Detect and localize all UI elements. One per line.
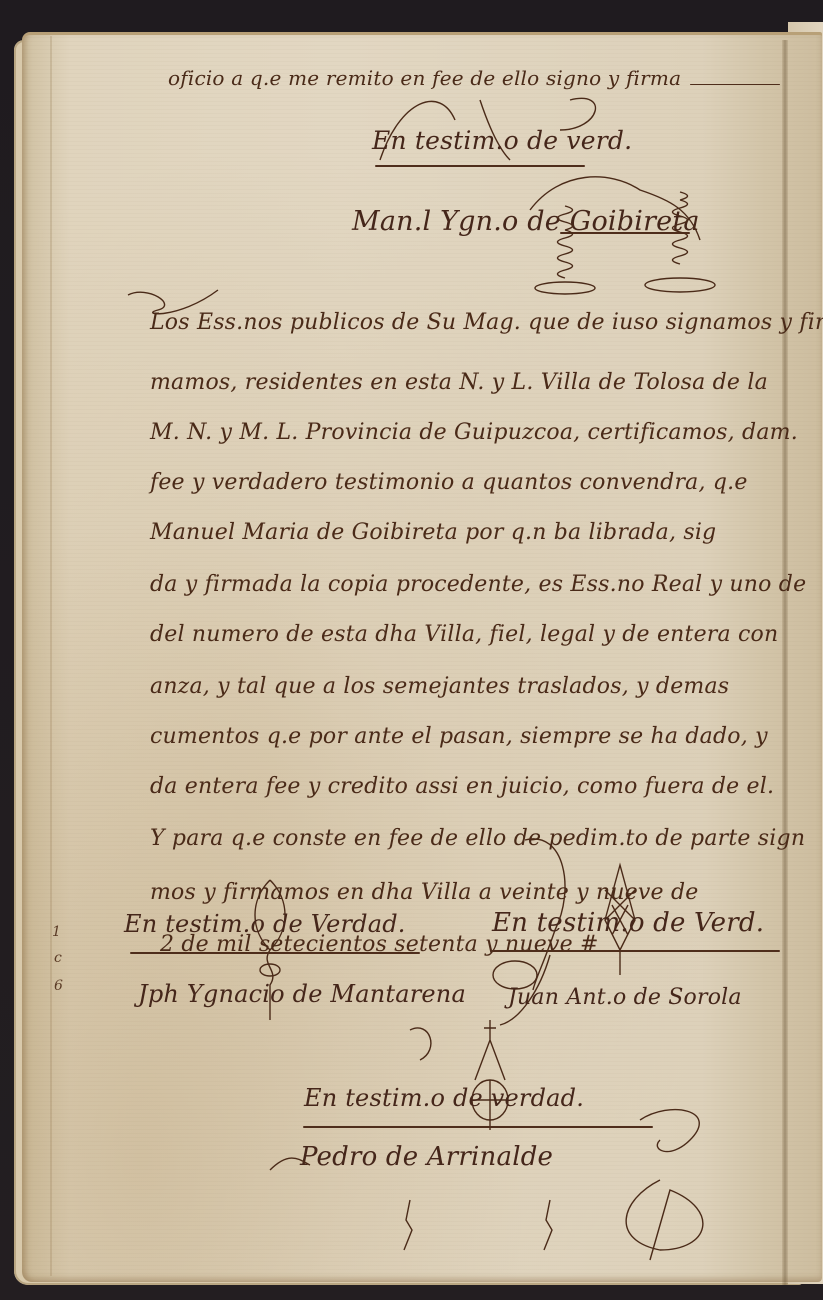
body-line-1: Los Ess.nos publicos de Su Mag. que de i…: [150, 310, 823, 335]
body-line-9: cumentos q.e por ante el pasan, siempre …: [150, 724, 768, 749]
body-line-8: anza, y tal que a los semejantes traslad…: [150, 674, 729, 699]
header-underline: [690, 84, 780, 85]
body-line-5: Manuel Maria de Goibireta por q.n ba lib…: [150, 520, 716, 545]
top-signature-paraph: [520, 170, 720, 300]
body-line-4: fee y verdadero testimonio a quantos con…: [150, 470, 748, 495]
body-line-11: Y para q.e conste en fee de ello de pedi…: [150, 826, 805, 851]
right-signature-name: Juan Ant.o de Sorola: [508, 985, 742, 1010]
body-line-7: del numero de esta dha Villa, fiel, lega…: [150, 622, 778, 647]
body-line-6: da y firmada la copia procedente, es Ess…: [150, 572, 806, 597]
margin-fold-line: [50, 36, 52, 1276]
top-rubric-underline: [375, 165, 585, 167]
body-line-2: mamos, residentes en esta N. y L. Villa …: [150, 370, 768, 395]
header-line: oficio a q.e me remito en fee de ello si…: [168, 66, 681, 90]
top-rubric-text: En testim.o de verd.: [372, 126, 632, 155]
left-rubric-underline: [130, 952, 420, 954]
left-rubric-text: En testim.o de Verdad.: [124, 910, 406, 938]
left-signature-name: Jph Ygnacio de Mantarena: [138, 980, 466, 1008]
center-signature-paraph: [270, 1080, 720, 1270]
margin-mark-1: 1: [52, 924, 61, 940]
margin-mark-3: 6: [54, 978, 63, 994]
right-rubric-text: En testim.o de Verd.: [492, 908, 764, 938]
margin-mark-2: c: [54, 950, 62, 966]
body-line-10: da entera fee y credito assi en juicio, …: [150, 774, 774, 799]
body-line-3: M. N. y M. L. Provincia de Guipuzcoa, ce…: [150, 420, 798, 445]
binding-gutter: [782, 40, 788, 1285]
